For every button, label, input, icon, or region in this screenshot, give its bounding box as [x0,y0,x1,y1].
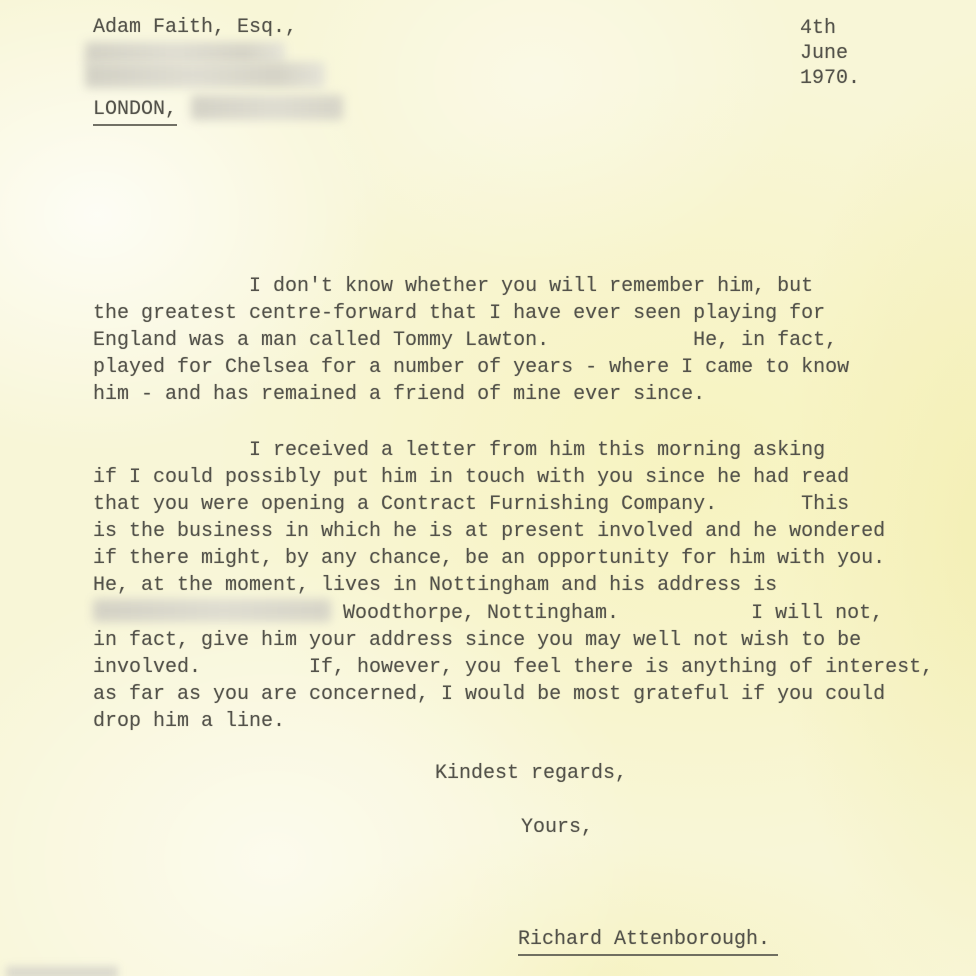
body-line: is the business in which he is at presen… [93,518,933,545]
body-line: played for Chelsea for a number of years… [93,354,849,381]
body-line: England was a man called Tommy Lawton. H… [93,327,849,354]
date-day: 4th [800,16,860,41]
redacted-address-line-1 [85,42,285,64]
body-line: him - and has remained a friend of mine … [93,381,849,408]
body-line-text: Woodthorpe, Nottingham. I will not, [331,602,883,625]
body-paragraph-2: I received a letter from him this mornin… [93,437,933,735]
signature-name: Richard Attenborough. [518,926,778,956]
date-block: 4th June 1970. [800,16,860,91]
recipient-block: Adam Faith, Esq., LONDON, [93,14,343,126]
body-line: I don't know whether you will remember h… [93,273,849,300]
date-month: June [800,41,860,66]
redacted-postcode [191,95,343,120]
redacted-address-line-2 [85,62,325,88]
body-line: if I could possibly put him in touch wit… [93,464,933,491]
body-line: He, at the moment, lives in Nottingham a… [93,572,933,599]
body-paragraph-1: I don't know whether you will remember h… [93,273,849,408]
body-line: in fact, give him your address since you… [93,627,933,654]
body-line: I received a letter from him this mornin… [93,437,933,464]
body-line: as far as you are concerned, I would be … [93,681,933,708]
closing-line: Kindest regards, [435,760,627,787]
body-line-with-redaction: Woodthorpe, Nottingham. I will not, [93,599,933,627]
recipient-city-line: LONDON, [93,95,343,126]
body-line: if there might, by any chance, be an opp… [93,545,933,572]
body-line: drop him a line. [93,708,933,735]
recipient-city: LONDON, [93,96,177,126]
signature-line: Richard Attenborough. [518,926,778,956]
body-line: that you were opening a Contract Furnish… [93,491,933,518]
valediction-line: Yours, [521,814,593,841]
redacted-address-block [93,41,343,95]
redacted-street-address [93,599,331,622]
body-line: involved. If, however, you feel there is… [93,654,933,681]
recipient-name: Adam Faith, Esq., [93,14,343,41]
body-line: the greatest centre-forward that I have … [93,300,849,327]
date-year: 1970. [800,66,860,91]
letter-page: Adam Faith, Esq., LONDON, 4th June 1970.… [0,0,976,976]
scan-artifact-smudge [6,966,118,976]
